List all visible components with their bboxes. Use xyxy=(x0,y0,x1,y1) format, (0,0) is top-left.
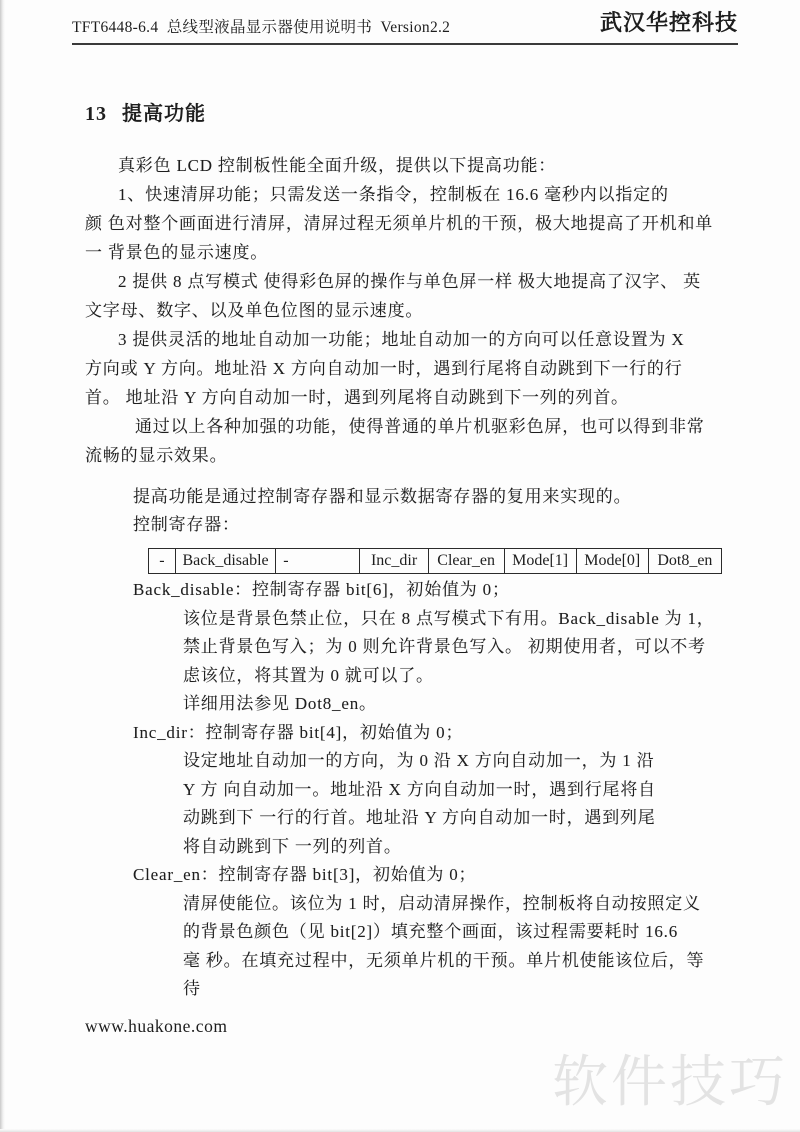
text-line: 流畅的显示效果。 xyxy=(85,441,747,470)
text-line: 3 提供灵活的地址自动加一功能；地址自动加一的方向可以任意设置为 X xyxy=(85,325,747,354)
register-bit-cell: Inc_dir xyxy=(360,549,428,574)
text-line: 一 背景色的显示速度。 xyxy=(85,238,747,267)
register-bit-cell: Mode[0] xyxy=(576,549,648,574)
intro-paragraphs: 真彩色 LCD 控制板性能全面升级，提供以下提高功能：1、快速清屏功能；只需发送… xyxy=(85,151,747,470)
register-bit-cell: - xyxy=(276,549,360,574)
scan-page-left-edge xyxy=(0,0,5,1132)
footer-url: www.huakone.com xyxy=(85,1016,227,1037)
text-line: 文字母、数字、以及单色位图的显示速度。 xyxy=(85,296,747,325)
text-line: 颜 色对整个画面进行清屏，清屏过程无须单片机的干预，极大地提高了开机和单 xyxy=(85,209,747,238)
text-line: 禁止背景色写入；为 0 则允许背景色写入。 初期使用者，可以不考 xyxy=(133,633,745,662)
register-intro: 提高功能是通过控制寄存器和显示数据寄存器的复用来实现的。控制寄存器： xyxy=(133,483,745,539)
section-heading: 13提高功能 xyxy=(85,97,206,126)
text-line: 提高功能是通过控制寄存器和显示数据寄存器的复用来实现的。 xyxy=(133,483,745,511)
register-bit-cell: - xyxy=(149,549,176,574)
text-line: 清屏使能位。该位为 1 时，启动清屏操作，控制板将自动按照定义 xyxy=(133,890,745,919)
text-line: 该位是背景色禁止位，只在 8 点写模式下有用。Back_disable 为 1， xyxy=(133,605,745,634)
control-register-table: -Back_disable-Inc_dirClear_enMode[1]Mode… xyxy=(148,548,722,574)
section-title: 提高功能 xyxy=(122,103,206,125)
text-line: 将自动跳到下 一列的列首。 xyxy=(133,833,745,862)
text-line: 详细用法参见 Dot8_en。 xyxy=(133,690,745,719)
text-line: 毫 秒。在填充过程中，无须单片机的干预。单片机使能该位后，等 xyxy=(133,947,745,976)
bit-definitions: Back_disable：控制寄存器 bit[6]，初始值为 0；该位是背景色禁… xyxy=(133,576,745,1004)
text-line: 控制寄存器： xyxy=(133,511,745,539)
register-bit-cell: Clear_en xyxy=(428,549,504,574)
register-bit-cell: Mode[1] xyxy=(504,549,576,574)
text-line: Back_disable：控制寄存器 bit[6]，初始值为 0； xyxy=(133,576,745,605)
page-header: TFT6448-6.4 总线型液晶显示器使用说明书 Version2.2 武汉华… xyxy=(72,6,738,45)
text-line: 真彩色 LCD 控制板性能全面升级，提供以下提高功能： xyxy=(85,151,747,180)
watermark-text: 软件技巧 xyxy=(552,1038,788,1118)
section-number: 13 xyxy=(85,103,107,125)
text-line: 通过以上各种加强的功能，使得普通的单片机驱彩色屏，也可以得到非常 xyxy=(85,412,747,441)
text-line: 待 xyxy=(133,975,745,1004)
header-doc-title: TFT6448-6.4 总线型液晶显示器使用说明书 Version2.2 xyxy=(72,15,450,37)
text-line: Clear_en：控制寄存器 bit[3]，初始值为 0； xyxy=(133,861,745,890)
text-line: 方向或 Y 方向。地址沿 X 方向自动加一时，遇到行尾将自动跳到下一行的行 xyxy=(85,354,747,383)
text-line: 动跳到下 一行的行首。地址沿 Y 方向自动加一时，遇到列尾 xyxy=(133,804,745,833)
text-line: 虑该位，将其置为 0 就可以了。 xyxy=(133,662,745,691)
text-line: Y 方 向自动加一。地址沿 X 方向自动加一时，遇到行尾将自 xyxy=(133,776,745,805)
register-bit-cell: Back_disable xyxy=(175,549,275,574)
text-line: 1、快速清屏功能；只需发送一条指令，控制板在 16.6 毫秒内以指定的 xyxy=(85,180,747,209)
text-line: 首。 地址沿 Y 方向自动加一时，遇到列尾将自动跳到下一列的列首。 xyxy=(85,383,747,412)
text-line: Inc_dir：控制寄存器 bit[4]，初始值为 0； xyxy=(133,719,745,748)
text-line: 的背景色颜色（见 bit[2]）填充整个画面，该过程需要耗时 16.6 xyxy=(133,918,745,947)
register-bit-cell: Dot8_en xyxy=(648,549,721,574)
text-line: 设定地址自动加一的方向，为 0 沿 X 方向自动加一，为 1 沿 xyxy=(133,747,745,776)
text-line: 2 提供 8 点写模式 使得彩色屏的操作与单色屏一样 极大地提高了汉字、 英 xyxy=(85,267,747,296)
header-company-name: 武汉华控科技 xyxy=(600,6,738,37)
register-bit-row: -Back_disable-Inc_dirClear_enMode[1]Mode… xyxy=(149,549,722,574)
